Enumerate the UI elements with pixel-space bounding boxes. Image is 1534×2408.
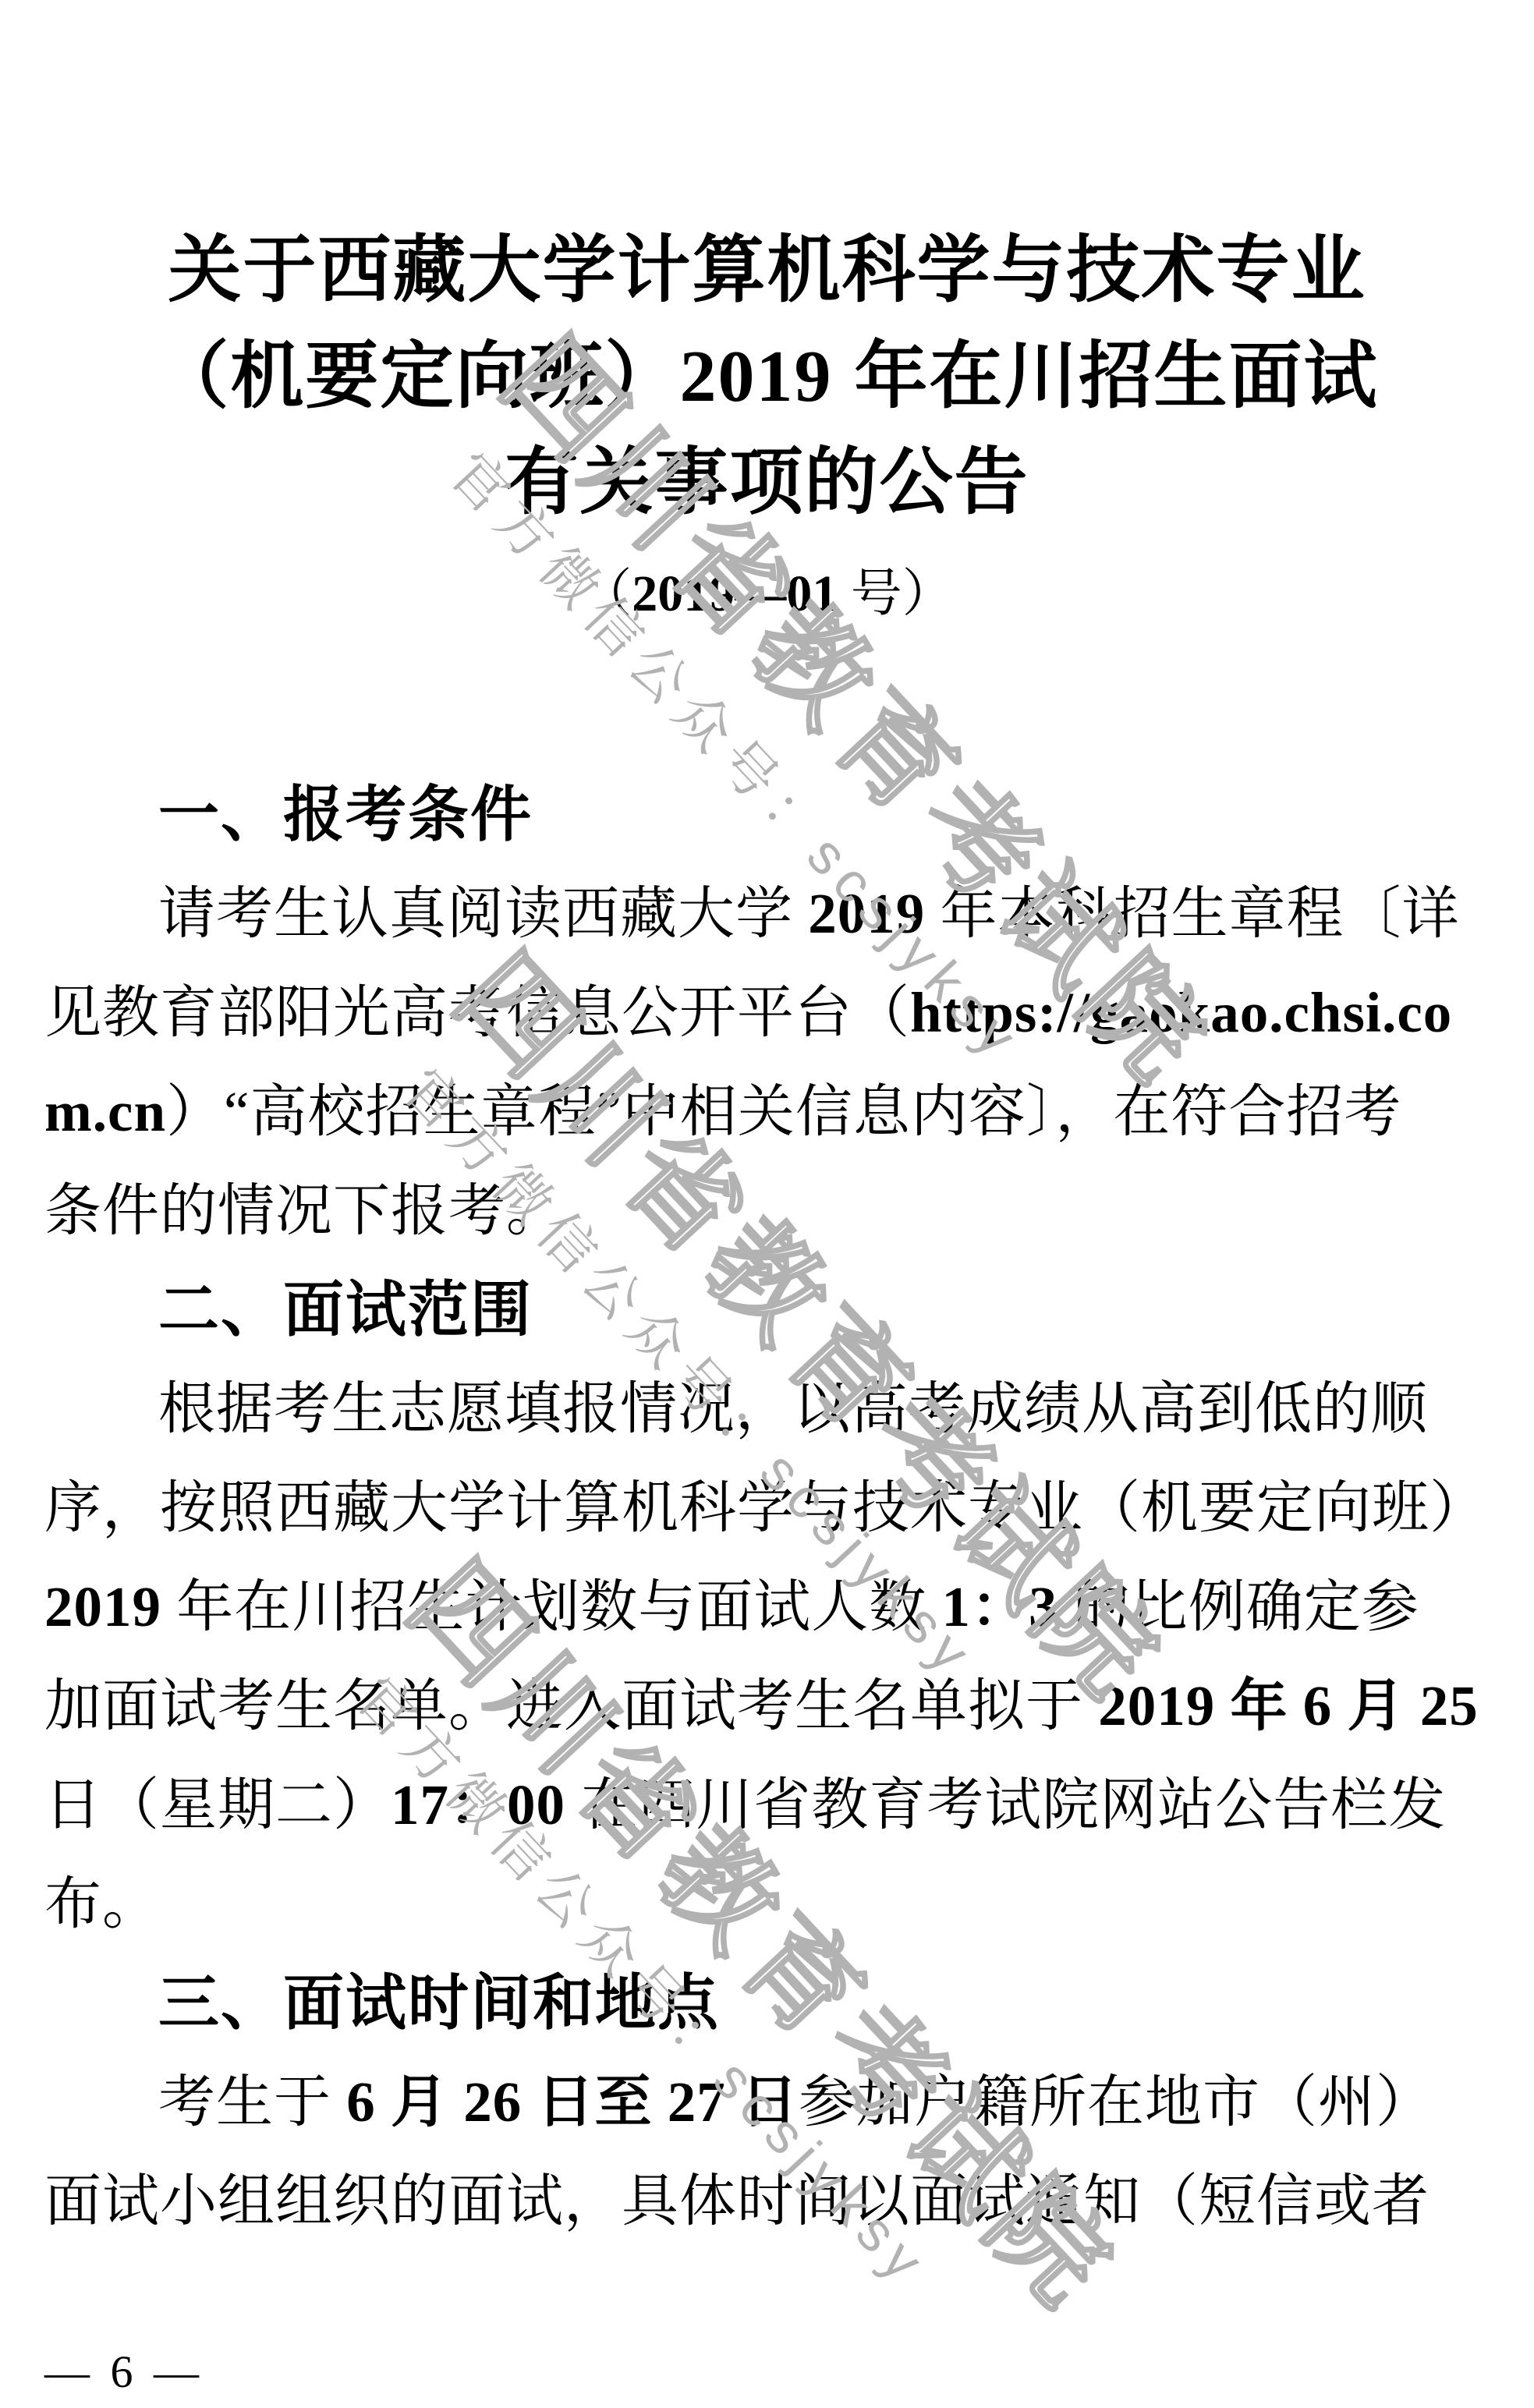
section-heading: 三、面试时间和地点 bbox=[44, 1953, 1503, 2052]
body-line: 见教育部阳光高考信息公开平台（https://gaokao.chsi.co bbox=[44, 963, 1503, 1062]
bold-text-segment: 1：3 bbox=[942, 1575, 1058, 1638]
text-segment: 日（星期二） bbox=[44, 1773, 391, 1836]
bold-text-segment: https://gaokao.chsi.co bbox=[910, 981, 1452, 1044]
body-line: 条件的情况下报考。 bbox=[44, 1161, 1503, 1260]
document-page: 四川省教育考试院 官方微信公众号：scsjyksy 四川省教育考试院 官方微信公… bbox=[0, 0, 1534, 2408]
body-line: 加面试考生名单。进入面试考生名单拟于 2019 年 6 月 25 bbox=[44, 1656, 1503, 1755]
body-line: 根据考生志愿填报情况，以高考成绩从高到低的顺 bbox=[44, 1359, 1503, 1458]
text-segment: 关于西藏大学计算机科学与技术专业 bbox=[168, 228, 1366, 310]
document-body: 一、报考条件请考生认真阅读西藏大学 2019 年本科招生章程〔详见教育部阳光高考… bbox=[44, 765, 1503, 2250]
text-segment: 年本科招生章程〔详 bbox=[925, 882, 1459, 945]
page-number: — 6 — bbox=[44, 2341, 204, 2403]
section-heading: 一、报考条件 bbox=[44, 765, 1503, 864]
body-line: 考生于 6 月 26 日至 27 日参加户籍所在地市（州） bbox=[44, 2052, 1503, 2151]
text-segment: （ bbox=[580, 565, 632, 622]
body-line: m.cn）“高校招生章程”中相关信息内容〕，在符合招考 bbox=[44, 1062, 1503, 1161]
text-segment: 的比例确定参 bbox=[1058, 1575, 1419, 1638]
text-segment: 加面试考生名单。进入面试考生名单拟于 bbox=[44, 1674, 1098, 1737]
text-segment: 参加户籍所在地市（州） bbox=[799, 2070, 1433, 2134]
text-segment: 年在川招生面试 bbox=[832, 335, 1378, 416]
text-segment: 号） bbox=[838, 565, 954, 622]
doc-number: （2019—01 号） bbox=[47, 555, 1487, 633]
bold-text-segment: 17：00 bbox=[391, 1773, 565, 1836]
text-segment: ）“高校招生章程”中相关信息内容〕，在符合招考 bbox=[166, 1080, 1401, 1143]
body-line: 日（星期二）17：00 在四川省教育考试院网站公告栏发 bbox=[44, 1755, 1503, 1854]
text-segment: 布。 bbox=[44, 1872, 160, 1935]
text-segment: 面试小组组织的面试，具体时间以面试通知（短信或者 bbox=[44, 2169, 1429, 2233]
text-segment: 有关事项的公告 bbox=[505, 441, 1029, 522]
title-line: （机要定向班）2019 年在川招生面试 bbox=[47, 323, 1487, 429]
bold-text-segment: 2019 bbox=[808, 882, 925, 945]
bold-text-segment: 2019 bbox=[679, 336, 832, 417]
text-segment: 考生于 bbox=[158, 2070, 346, 2134]
body-line: 序，按照西藏大学计算机科学与技术专业（机要定向班） bbox=[44, 1458, 1503, 1557]
text-segment: 序，按照西藏大学计算机科学与技术专业（机要定向班） bbox=[44, 1476, 1487, 1539]
text-segment: 年在川招生计划数与面试人数 bbox=[161, 1575, 942, 1638]
text-segment: 请考生认真阅读西藏大学 bbox=[158, 882, 808, 945]
body-line: 2019 年在川招生计划数与面试人数 1：3 的比例确定参 bbox=[44, 1557, 1503, 1656]
bold-text-segment: 6 月 26 日至 27 日 bbox=[346, 2070, 799, 2134]
text-segment: 在四川省教育考试院网站公告栏发 bbox=[565, 1773, 1446, 1836]
text-segment: 条件的情况下报考。 bbox=[44, 1179, 564, 1242]
body-line: 布。 bbox=[44, 1854, 1503, 1953]
text-segment: （机要定向班） bbox=[155, 335, 679, 416]
title-line: 关于西藏大学计算机科学与技术专业 bbox=[47, 217, 1487, 323]
text-segment: 根据考生志愿填报情况，以高考成绩从高到低的顺 bbox=[158, 1377, 1428, 1440]
section-heading: 二、面试范围 bbox=[44, 1260, 1503, 1359]
bold-text-segment: 2019 bbox=[44, 1575, 161, 1638]
document-title: 关于西藏大学计算机科学与技术专业（机要定向班）2019 年在川招生面试有关事项的… bbox=[47, 217, 1487, 535]
title-line: 有关事项的公告 bbox=[47, 429, 1487, 535]
text-segment: 见教育部阳光高考信息公开平台（ bbox=[44, 981, 910, 1044]
bold-text-segment: 2019 年 6 月 25 bbox=[1098, 1674, 1479, 1737]
bold-text-segment: m.cn bbox=[44, 1080, 166, 1143]
body-line: 请考生认真阅读西藏大学 2019 年本科招生章程〔详 bbox=[44, 864, 1503, 963]
body-line: 面试小组组织的面试，具体时间以面试通知（短信或者 bbox=[44, 2151, 1503, 2250]
bold-text-segment: 2019—01 bbox=[632, 565, 838, 622]
